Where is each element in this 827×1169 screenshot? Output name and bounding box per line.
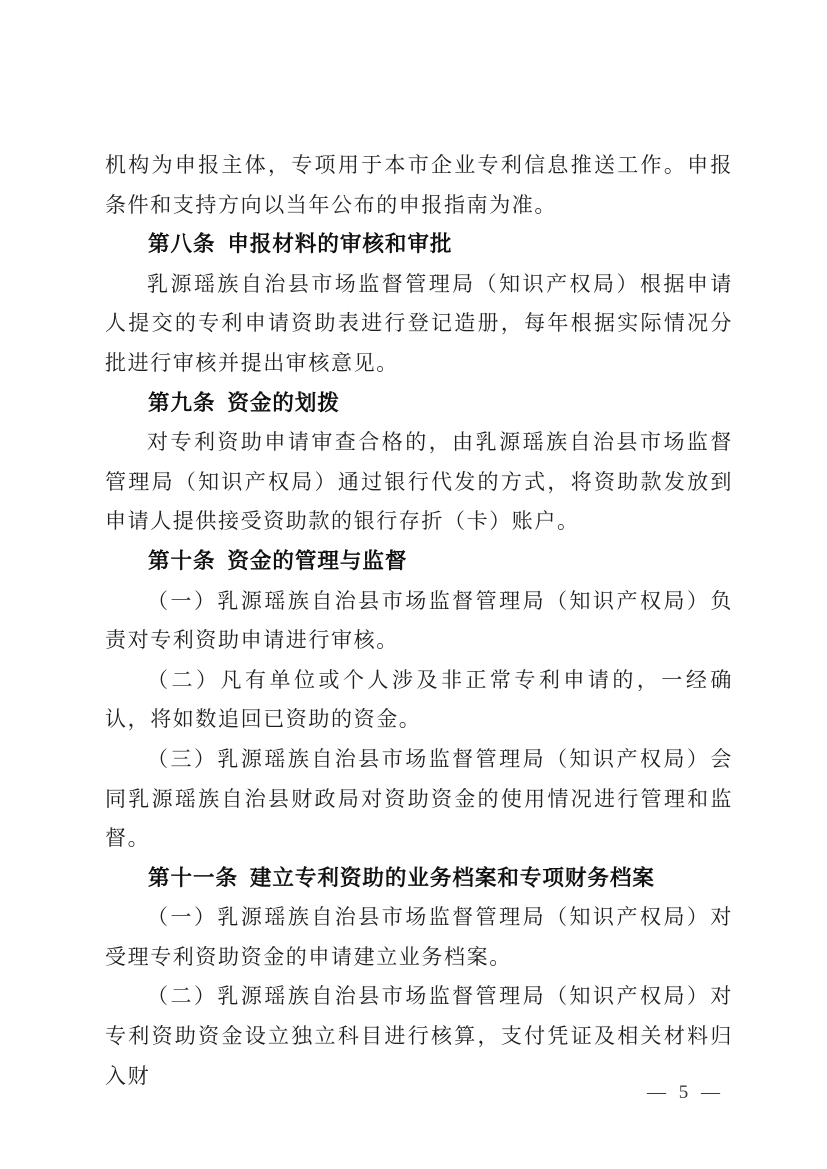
paragraph-continuation: 机构为申报主体，专项用于本市企业专利信息推送工作。申报条件和支持方向以当年公布的…: [105, 146, 733, 225]
article-10-item-2: （二）凡有单位或个人涉及非正常专利申请的，一经确认，将如数追回已资助的资金。: [105, 661, 733, 740]
article-title: 建立专利资助的业务档案和专项财务档案: [250, 866, 655, 890]
article-10-item-1: （一）乳源瑶族自治县市场监督管理局（知识产权局）负责对专利资助申请进行审核。: [105, 582, 733, 661]
article-number: 第十条: [148, 549, 216, 573]
document-text-block: 机构为申报主体，专项用于本市企业专利信息推送工作。申报条件和支持方向以当年公布的…: [105, 146, 733, 1096]
article-number: 第九条: [148, 391, 216, 415]
article-8-paragraph: 乳源瑶族自治县市场监督管理局（知识产权局）根据申请人提交的专利申请资助表进行登记…: [105, 265, 733, 384]
document-page: 机构为申报主体，专项用于本市企业专利信息推送工作。申报条件和支持方向以当年公布的…: [0, 0, 827, 1169]
article-number: 第八条: [148, 232, 216, 256]
article-11-item-1: （一）乳源瑶族自治县市场监督管理局（知识产权局）对受理专利资助资金的申请建立业务…: [105, 898, 733, 977]
article-11-item-2: （二）乳源瑶族自治县市场监督管理局（知识产权局）对专利资助资金设立独立科目进行核…: [105, 977, 733, 1096]
article-10-item-3: （三）乳源瑶族自治县市场监督管理局（知识产权局）会同乳源瑶族自治县财政局对资助资…: [105, 740, 733, 859]
article-10-heading: 第十条资金的管理与监督: [105, 542, 733, 582]
article-9-paragraph: 对专利资助申请审查合格的，由乳源瑶族自治县市场监督管理局（知识产权局）通过银行代…: [105, 423, 733, 542]
article-11-heading: 第十一条建立专利资助的业务档案和专项财务档案: [105, 859, 733, 899]
article-title: 资金的划拨: [227, 391, 340, 415]
article-8-heading: 第八条申报材料的审核和审批: [105, 225, 733, 265]
article-number: 第十一条: [148, 866, 238, 890]
article-title: 申报材料的审核和审批: [227, 232, 452, 256]
page-number: — 5 —: [647, 1082, 724, 1104]
article-9-heading: 第九条资金的划拨: [105, 384, 733, 424]
article-title: 资金的管理与监督: [227, 549, 407, 573]
